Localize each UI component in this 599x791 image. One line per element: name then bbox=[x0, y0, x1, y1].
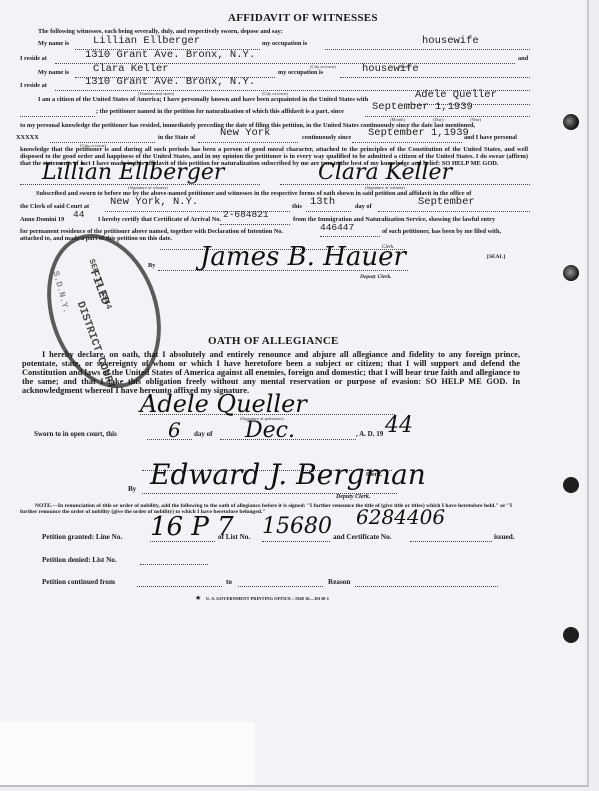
state-value: New York bbox=[220, 127, 270, 139]
this-label: this bbox=[292, 203, 302, 210]
witness2-reside-label: I reside at bbox=[20, 82, 47, 89]
list-label: of List No. bbox=[218, 533, 250, 541]
continued-from-line bbox=[137, 586, 222, 587]
witness2-occupation: housewife bbox=[362, 63, 419, 75]
witness2-signature: Clara Keller bbox=[318, 160, 452, 185]
denied-label: Petition denied: List No. bbox=[42, 556, 117, 564]
continued-to-line bbox=[238, 586, 323, 587]
denied-list-line bbox=[140, 564, 208, 565]
blank-corner bbox=[0, 722, 255, 785]
witness1-and-label: and bbox=[518, 55, 528, 62]
oath-title: OATH OF ALLEGIANCE bbox=[208, 335, 339, 347]
acquainted-since: September 1,1939 bbox=[372, 101, 473, 113]
punch-hole-2 bbox=[563, 265, 579, 281]
witness2-occupation-line bbox=[340, 77, 530, 78]
sworn-day: 6 bbox=[168, 418, 181, 442]
witness1-occupation-label: my occupation is bbox=[262, 40, 307, 47]
certificate-label: and Certificate No. bbox=[333, 533, 391, 541]
punch-hole-4 bbox=[563, 627, 579, 643]
court-location: New York, N.Y. bbox=[110, 196, 198, 208]
reason-line bbox=[355, 586, 498, 587]
anno-label: Anno Domini 19 bbox=[20, 216, 64, 223]
day-value: 13th bbox=[310, 196, 335, 208]
affidavit-intro: The following witnesses, each being seve… bbox=[38, 28, 283, 35]
declaration-no: 446447 bbox=[320, 222, 354, 233]
witness1-name-label: My name is bbox=[38, 40, 69, 47]
subscribed-text: Subscribed and sworn to before me by the… bbox=[36, 190, 471, 197]
oath-deputy-clerk-label: Deputy Clerk. bbox=[336, 494, 370, 500]
sworn-label: Sworn to in open court, this bbox=[34, 430, 117, 438]
arrival-line bbox=[220, 224, 290, 225]
at-label: XXXXX bbox=[16, 134, 39, 141]
granted-label: Petition granted: Line No. bbox=[42, 533, 122, 541]
reason-label: Reason bbox=[328, 578, 350, 586]
filed-text: of such petitioner, has been by me filed… bbox=[382, 228, 501, 235]
certificate-no-line bbox=[410, 541, 492, 542]
continuously-since: September 1,1939 bbox=[368, 127, 469, 139]
state-label: in the State of bbox=[158, 134, 195, 141]
declaration-line bbox=[320, 236, 380, 237]
oath-text: I hereby declare, on oath, that I absolu… bbox=[22, 351, 520, 396]
witness2-name: Clara Keller bbox=[93, 63, 169, 75]
state-line bbox=[198, 142, 298, 143]
permanent-text: for permanent residence of the petitione… bbox=[20, 228, 283, 235]
petitioner-signature: Adele Queller bbox=[140, 390, 307, 418]
citizen-text: I am a citizen of the United States of A… bbox=[38, 96, 368, 103]
sworn-month: Dec. bbox=[245, 418, 295, 443]
oath-by-label: By bbox=[128, 485, 136, 493]
month-value: September bbox=[418, 196, 475, 208]
witness1-name: Lillian Ellberger bbox=[93, 35, 200, 47]
sworn-day-of-label: day of bbox=[194, 430, 212, 438]
to-label: to bbox=[226, 578, 232, 586]
naturalization-document-page: AFFIDAVIT OF WITNESSES The following wit… bbox=[0, 0, 589, 787]
petitioner-prefix-line bbox=[20, 116, 95, 117]
certificate-no: 6284406 bbox=[356, 505, 445, 529]
issued-label: issued. bbox=[494, 533, 515, 541]
day-of-label: day of bbox=[355, 203, 372, 210]
witness2-address: 1310 Grant Ave. Bronx, N.Y. bbox=[85, 76, 255, 88]
sworn-year: 44 bbox=[385, 413, 413, 438]
punch-hole-3 bbox=[563, 477, 579, 493]
witness2-name-label: My name is bbox=[38, 69, 69, 76]
witness2-occupation-label: my occupation is bbox=[278, 69, 323, 76]
printer-footer: U. S. GOVERNMENT PRINTING OFFICE : 1940 … bbox=[206, 596, 329, 601]
witness1-signature: Lillian Ellberger bbox=[42, 160, 224, 185]
by-label: By bbox=[148, 262, 155, 269]
arrival-no: 2-684821 bbox=[223, 209, 269, 220]
oath-deputy-signature: Edward J. Bergman bbox=[150, 458, 426, 491]
personal-label: and I have personal bbox=[464, 134, 517, 141]
continued-label: Petition continued from bbox=[42, 578, 115, 586]
deputy-clerk-label: Deputy Clerk. bbox=[360, 274, 391, 280]
year-value: 44 bbox=[73, 209, 84, 220]
witness1-occupation-line bbox=[325, 49, 530, 50]
witness1-occupation: housewife bbox=[422, 35, 479, 47]
month-line bbox=[378, 211, 530, 212]
ad-label: , A. D. 19 bbox=[356, 430, 383, 438]
list-no: 15680 bbox=[262, 514, 332, 539]
certify-text: I hereby certify that Certificate of Arr… bbox=[98, 216, 221, 223]
petitioner-name: Adele Queller bbox=[415, 89, 497, 101]
day-line bbox=[306, 211, 351, 212]
petitioner-text: ; the petitioner named in the petition f… bbox=[96, 108, 344, 115]
star-icon: ★ bbox=[195, 594, 201, 602]
punch-hole-1 bbox=[563, 114, 579, 130]
deputy-clerk-signature: James B. Hauer bbox=[200, 242, 406, 272]
witness1-reside-label: I reside at bbox=[20, 55, 47, 62]
list-no-line bbox=[262, 541, 330, 542]
continuously-since-line bbox=[352, 142, 462, 143]
affidavit-title: AFFIDAVIT OF WITNESSES bbox=[228, 12, 378, 24]
witness1-address: 1310 Grant Ave. Bronx, N.Y. bbox=[85, 49, 255, 61]
continuously-label: continuously since bbox=[302, 134, 351, 141]
seal-label: [SEAL] bbox=[487, 254, 505, 260]
